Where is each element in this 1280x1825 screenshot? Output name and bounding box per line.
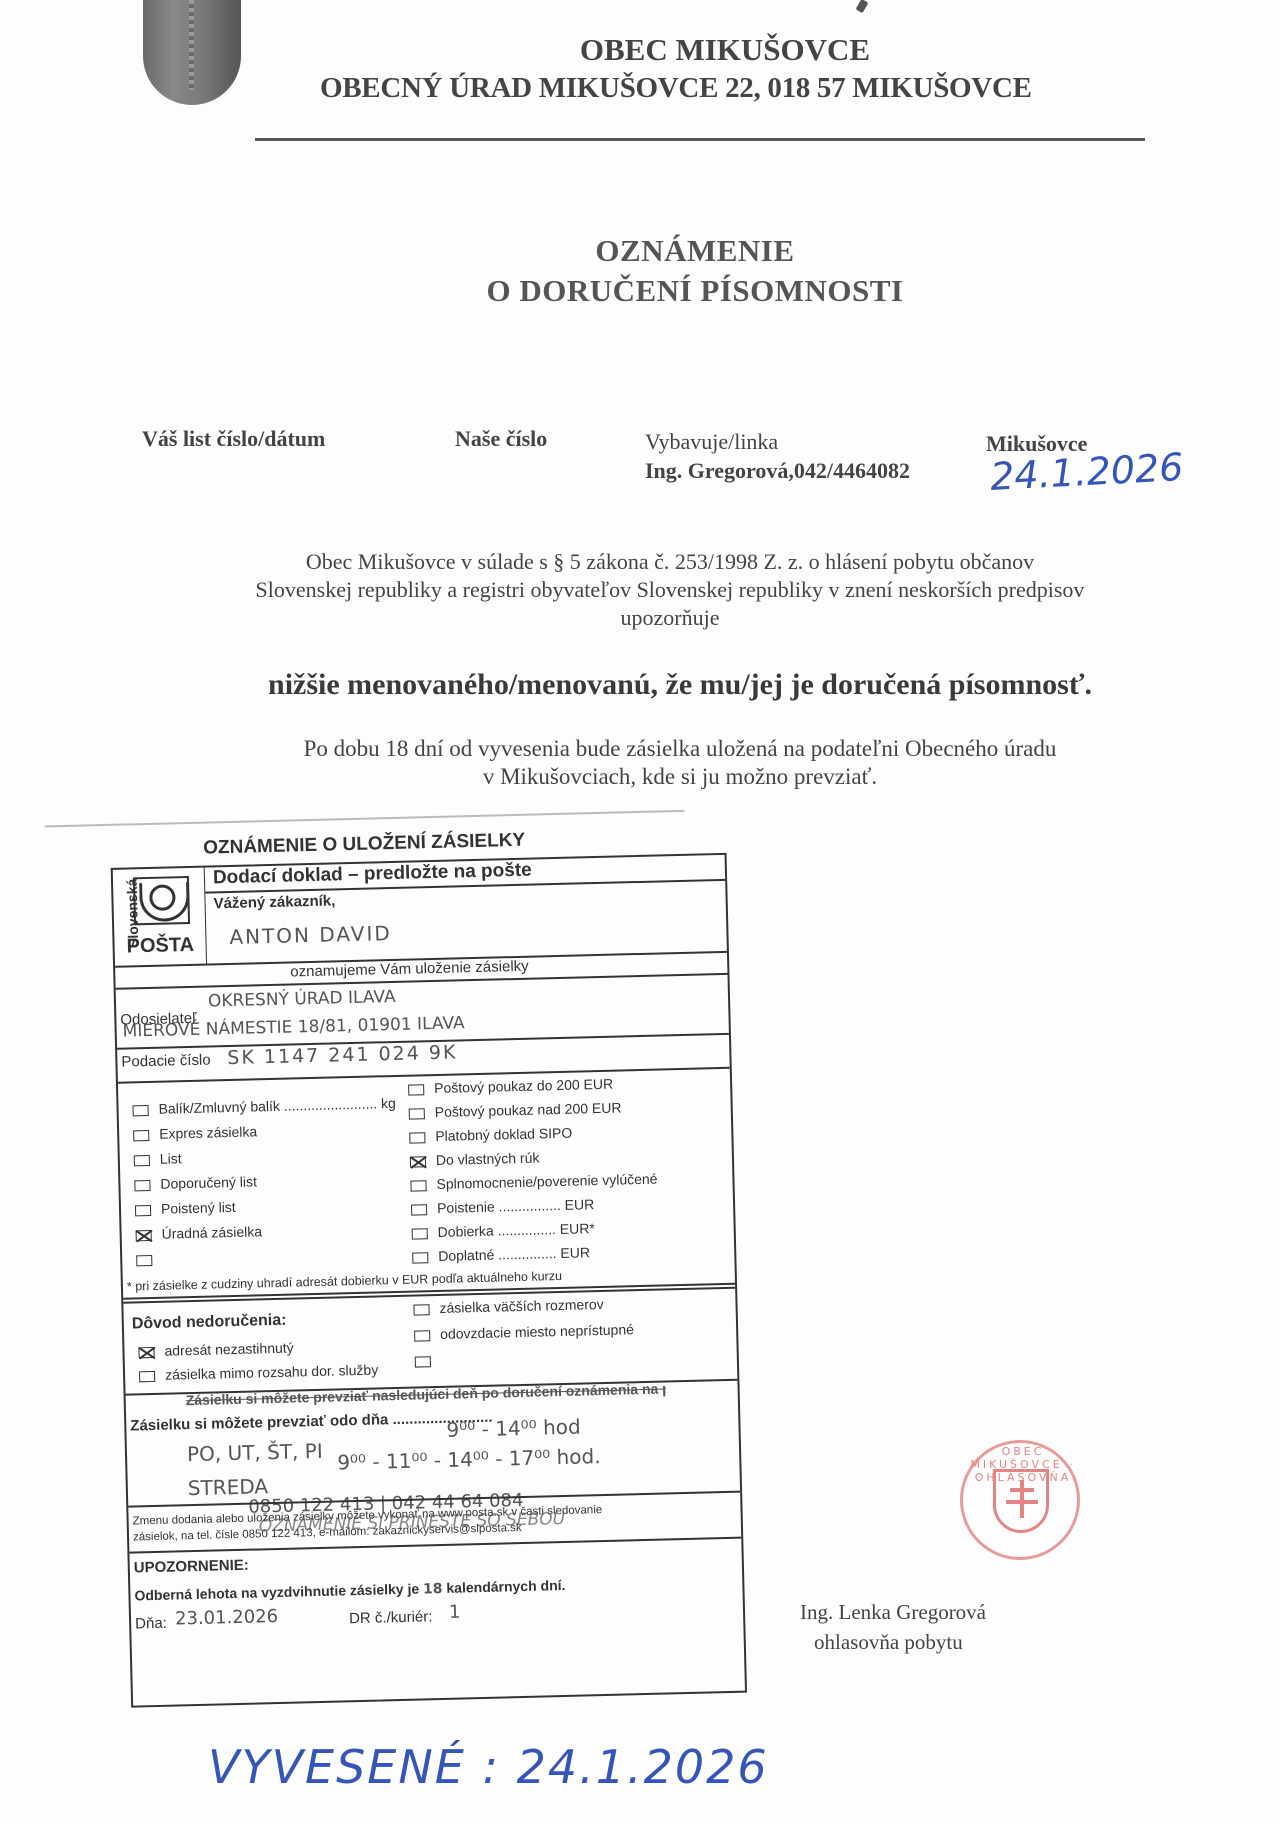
checkbox-icon[interactable] xyxy=(410,1180,426,1191)
legal-paragraph: Obec Mikušovce v súlade s § 5 zákona č. … xyxy=(0,548,1280,632)
checkbox-icon[interactable] xyxy=(413,1304,429,1315)
service-right-option-label: Poštový poukaz do 200 EUR xyxy=(434,1076,613,1096)
non-delivery-option-label: zásielka väčších rozmerov xyxy=(439,1296,604,1316)
non-delivery-label: Dôvod nedoručenia: xyxy=(132,1312,287,1334)
service-right-option[interactable]: Poštový poukaz nad 200 EUR xyxy=(409,1099,622,1120)
checkbox-icon[interactable] xyxy=(133,1130,149,1141)
official-seal: OBEC MIKUŠOVCE · OHLASOVŇA xyxy=(960,1440,1080,1560)
header-divider xyxy=(255,138,1145,141)
org-address: OBECNÝ ÚRAD MIKUŠOVCE 22, 018 57 MIKUŠOV… xyxy=(320,72,1032,105)
logo-name: POŠTA xyxy=(126,934,194,959)
posta-logo: Slovenská POŠTA xyxy=(113,868,207,966)
checkbox-icon[interactable] xyxy=(408,1084,424,1095)
org-name: OBEC MIKUŠOVCE xyxy=(0,32,1280,68)
your-letter-label: Váš list číslo/dátum xyxy=(142,426,325,452)
storage-paragraph-line: Po dobu 18 dní od vyvesenia bude zásielk… xyxy=(80,735,1280,763)
checkbox-icon[interactable] xyxy=(412,1252,428,1263)
posthorn-envelope-icon xyxy=(133,876,190,925)
pickup-printed: Zásielku si môžete prevziať odo dňa ....… xyxy=(130,1409,493,1435)
service-left-option[interactable]: Balík/Zmluvný balík ....................… xyxy=(132,1095,396,1117)
non-delivery-option[interactable] xyxy=(415,1352,441,1369)
checkbox-icon[interactable] xyxy=(411,1204,427,1215)
service-left-option[interactable]: Doporučený list xyxy=(134,1173,257,1192)
service-left-option-label: Doporučený list xyxy=(160,1173,257,1191)
pickup-period-days: 18 xyxy=(423,1581,443,1597)
non-delivery-option-label: adresát nezastihnutý xyxy=(164,1340,294,1359)
checkbox-icon[interactable] xyxy=(134,1155,150,1166)
service-right-option[interactable]: Platobný doklad SIPO xyxy=(409,1125,572,1145)
hours-days-0: PO, UT, ŠT, PI xyxy=(187,1439,323,1466)
pickup-stamp-line: Zásielku si môžete prevziať nasledujúci … xyxy=(186,1380,666,1408)
slip-cut-edge xyxy=(45,810,685,828)
checkbox-icon[interactable] xyxy=(136,1255,152,1266)
checkbox-icon[interactable] xyxy=(135,1205,151,1216)
service-right-option-label: Do vlastných rúk xyxy=(436,1149,540,1168)
pickup-period-text: Odberná lehota na vyzdvihnutie zásielky … xyxy=(134,1581,419,1604)
service-left-option-label: Expres zásielka xyxy=(159,1123,257,1141)
document-title-line2: O DORUČENÍ PÍSOMNOSTI xyxy=(0,273,1280,309)
service-left-option[interactable]: List xyxy=(134,1150,182,1167)
checkbox-icon[interactable] xyxy=(409,1108,425,1119)
legal-paragraph-line: upozorňuje xyxy=(60,604,1280,632)
our-number-label: Naše číslo xyxy=(455,426,547,452)
checkbox-icon[interactable] xyxy=(414,1330,430,1341)
pen-mark xyxy=(856,0,869,13)
service-left-option-label: List xyxy=(160,1150,182,1167)
service-left-option[interactable]: Úradná zásielka xyxy=(135,1223,262,1242)
service-left-option-label: Poistený list xyxy=(161,1199,236,1217)
non-delivery-option-label: odovzdacie miesto neprístupné xyxy=(440,1321,634,1342)
service-right-option-label: Splnomocnenie/poverenie vylúčené xyxy=(436,1171,657,1192)
service-right-option-label: Poistenie ................ EUR xyxy=(437,1196,595,1216)
dear-customer: Vážený zákazník, xyxy=(213,892,335,912)
checkbox-icon[interactable] xyxy=(139,1371,155,1382)
recipient-handwritten: ANTON DAVID xyxy=(229,921,392,949)
handled-by-label: Vybavuje/linka xyxy=(645,429,778,455)
coat-of-arms-icon xyxy=(993,1469,1049,1533)
service-right-option[interactable]: Dobierka ............... EUR* xyxy=(411,1220,595,1240)
checkbox-checked-icon[interactable] xyxy=(136,1230,152,1241)
non-delivery-option[interactable]: adresát nezastihnutý xyxy=(138,1340,294,1360)
pickup-period-unit: kalendárnych dní. xyxy=(446,1577,565,1596)
service-right-option[interactable]: Poistenie ................ EUR xyxy=(411,1196,595,1216)
service-right-option[interactable]: Doplatné ............... EUR xyxy=(412,1244,590,1264)
warning-label: UPOZORNENIE: xyxy=(134,1557,249,1577)
date-label: Dňa: xyxy=(135,1615,167,1633)
tracking-label: Podacie číslo xyxy=(121,1051,211,1070)
service-right-option-label: Platobný doklad SIPO xyxy=(435,1125,572,1144)
document-title-line1: OZNÁMENIE xyxy=(0,233,1280,269)
tracking-handwritten: SK 1147 241 024 9K xyxy=(227,1041,458,1069)
signatory-name: Ing. Lenka Gregorová xyxy=(800,1600,986,1625)
service-left-option-label: Balík/Zmluvný balík ....................… xyxy=(158,1095,396,1117)
service-right-option-label: Doplatné ............... EUR xyxy=(438,1244,590,1264)
service-left-option[interactable] xyxy=(136,1251,162,1268)
storage-paragraph-line: v Mikušovciach, kde si ju možno prevziať… xyxy=(80,763,1280,791)
slip-title: OZNÁMENIE O ULOŽENÍ ZÁSIELKY xyxy=(203,830,525,860)
checkbox-icon[interactable] xyxy=(412,1228,428,1239)
handled-by-value: Ing. Gregorová,042/4464082 xyxy=(645,458,910,484)
notice-emphasis: nižšie menovaného/menovanú, že mu/jej je… xyxy=(0,668,1280,702)
signatory-role: ohlasovňa pobytu xyxy=(814,1630,963,1655)
sender-handwritten-1: OKRESNÝ ÚRAD ILAVA xyxy=(208,987,396,1012)
non-delivery-option[interactable]: odovzdacie miesto neprístupné xyxy=(414,1321,634,1342)
service-right-option[interactable]: Splnomocnenie/poverenie vylúčené xyxy=(410,1171,657,1193)
checkbox-icon[interactable] xyxy=(415,1356,431,1367)
courier-label: DR č./kuriér: xyxy=(349,1608,433,1627)
checkbox-icon[interactable] xyxy=(132,1105,148,1116)
non-delivery-option[interactable]: zásielka väčších rozmerov xyxy=(413,1296,604,1317)
checkbox-icon[interactable] xyxy=(409,1132,425,1143)
legal-paragraph-line: Obec Mikušovce v súlade s § 5 zákona č. … xyxy=(60,548,1280,576)
checkbox-icon[interactable] xyxy=(134,1180,150,1191)
slip-frame: Slovenská POŠTA Dodací doklad – predložt… xyxy=(111,853,747,1708)
handwritten-date: 24.1.2026 xyxy=(989,445,1184,499)
hours-time-1: 9⁰⁰ - 11⁰⁰ - 14⁰⁰ - 17⁰⁰ hod. xyxy=(337,1444,601,1474)
posted-date-note: VYVESENÉ : 24.1.2026 xyxy=(208,1740,769,1794)
service-left-option-label: Úradná zásielka xyxy=(161,1223,262,1241)
service-left-option[interactable]: Poistený list xyxy=(135,1199,236,1217)
service-left-option[interactable]: Expres zásielka xyxy=(133,1123,257,1142)
service-right-option-label: Dobierka ............... EUR* xyxy=(437,1220,595,1240)
hours-time-0: 9⁰⁰ - 14⁰⁰ hod xyxy=(446,1415,581,1442)
double-cross-icon xyxy=(1020,1480,1024,1518)
date-handwritten: 23.01.2026 xyxy=(175,1606,279,1630)
service-right-option[interactable]: Do vlastných rúk xyxy=(410,1149,540,1168)
service-right-option-label: Poštový poukaz nad 200 EUR xyxy=(435,1099,622,1120)
service-right-option[interactable]: Poštový poukaz do 200 EUR xyxy=(408,1076,613,1097)
courier-handwritten: 1 xyxy=(449,1602,461,1623)
non-delivery-option-label: zásielka mimo rozsahu dor. služby xyxy=(165,1361,379,1382)
legal-paragraph-line: Slovenskej republiky a registri obyvateľ… xyxy=(60,576,1280,604)
checkbox-checked-icon[interactable] xyxy=(138,1347,154,1358)
postal-notice-slip: OZNÁMENIE O ULOŽENÍ ZÁSIELKY Slovenská P… xyxy=(105,825,746,1700)
storage-paragraph: Po dobu 18 dní od vyvesenia bude zásielk… xyxy=(0,735,1280,791)
pickup-period: Odberná lehota na vyzdvihnutie zásielky … xyxy=(134,1577,565,1605)
non-delivery-option[interactable]: zásielka mimo rozsahu dor. služby xyxy=(139,1361,379,1383)
checkbox-checked-icon[interactable] xyxy=(410,1156,426,1167)
